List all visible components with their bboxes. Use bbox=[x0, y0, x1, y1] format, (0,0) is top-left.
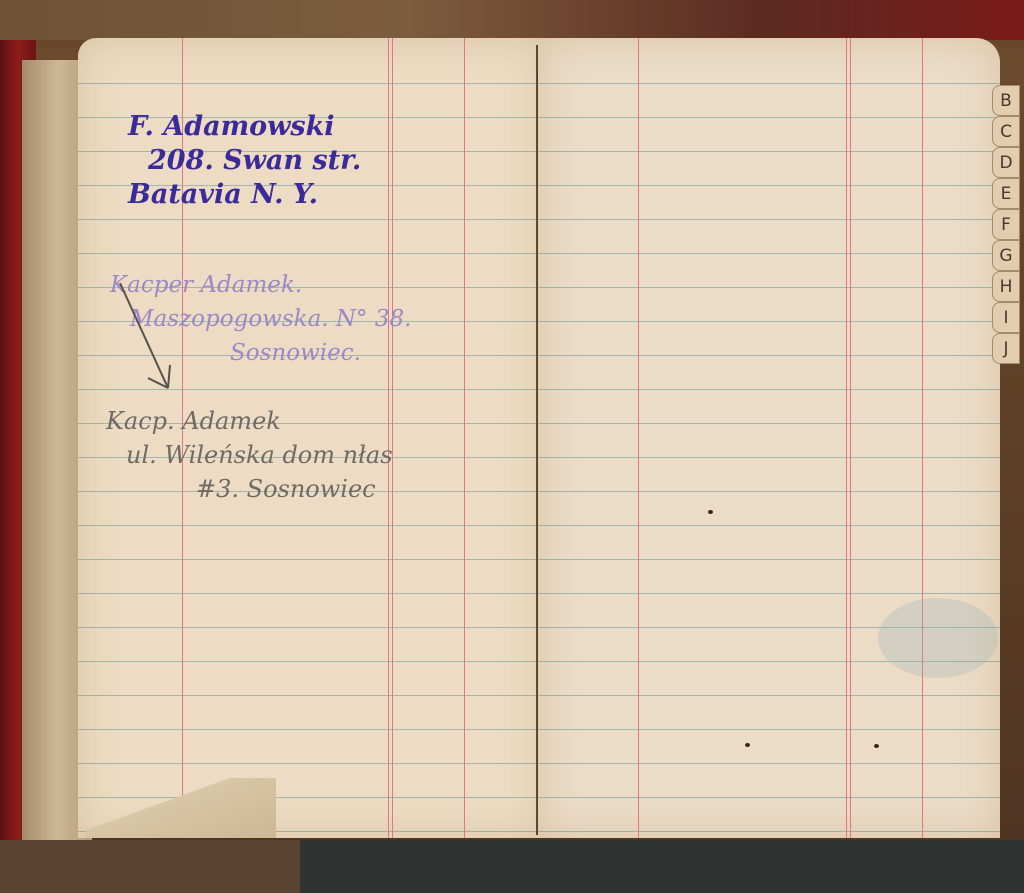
tab-d[interactable]: D bbox=[992, 147, 1020, 178]
ink-spot bbox=[745, 743, 750, 747]
entry-street: ul. Wileńska dom nłas bbox=[106, 438, 393, 472]
arrow-down-icon bbox=[118, 283, 178, 403]
alphabet-index-tabs: B C D E F G H I J bbox=[992, 85, 1020, 364]
tab-g[interactable]: G bbox=[992, 240, 1020, 271]
left-page: F. Adamowski 208. Swan str. Batavia N. Y… bbox=[78, 38, 544, 838]
folded-page-corner bbox=[86, 778, 276, 838]
margin-line-double bbox=[846, 38, 851, 838]
address-entry-adamowski: F. Adamowski 208. Swan str. Batavia N. Y… bbox=[128, 110, 361, 212]
tab-c[interactable]: C bbox=[992, 116, 1020, 147]
margin-line bbox=[922, 38, 923, 838]
right-page bbox=[538, 38, 1000, 838]
cover-top-edge bbox=[0, 0, 1024, 40]
margin-line bbox=[638, 38, 639, 838]
entry-city: Batavia N. Y. bbox=[128, 178, 361, 212]
ink-spot bbox=[874, 744, 879, 748]
address-entry-kacper-adamek-2: Kacp. Adamek ul. Wileńska dom nłas #3. S… bbox=[106, 404, 393, 506]
margin-line bbox=[464, 38, 465, 838]
entry-city: #3. Sosnowiec bbox=[106, 472, 393, 506]
background-surface bbox=[300, 840, 1024, 893]
entry-name: F. Adamowski bbox=[128, 110, 361, 144]
tab-e[interactable]: E bbox=[992, 178, 1020, 209]
tab-b[interactable]: B bbox=[992, 85, 1020, 116]
water-stain bbox=[878, 598, 998, 678]
entry-street: 208. Swan str. bbox=[128, 144, 361, 178]
tab-h[interactable]: H bbox=[992, 271, 1020, 302]
tab-f[interactable]: F bbox=[992, 209, 1020, 240]
ink-spot bbox=[708, 510, 713, 514]
tab-i[interactable]: I bbox=[992, 302, 1020, 333]
tab-j[interactable]: J bbox=[992, 333, 1020, 364]
entry-name: Kacp. Adamek bbox=[106, 404, 393, 438]
